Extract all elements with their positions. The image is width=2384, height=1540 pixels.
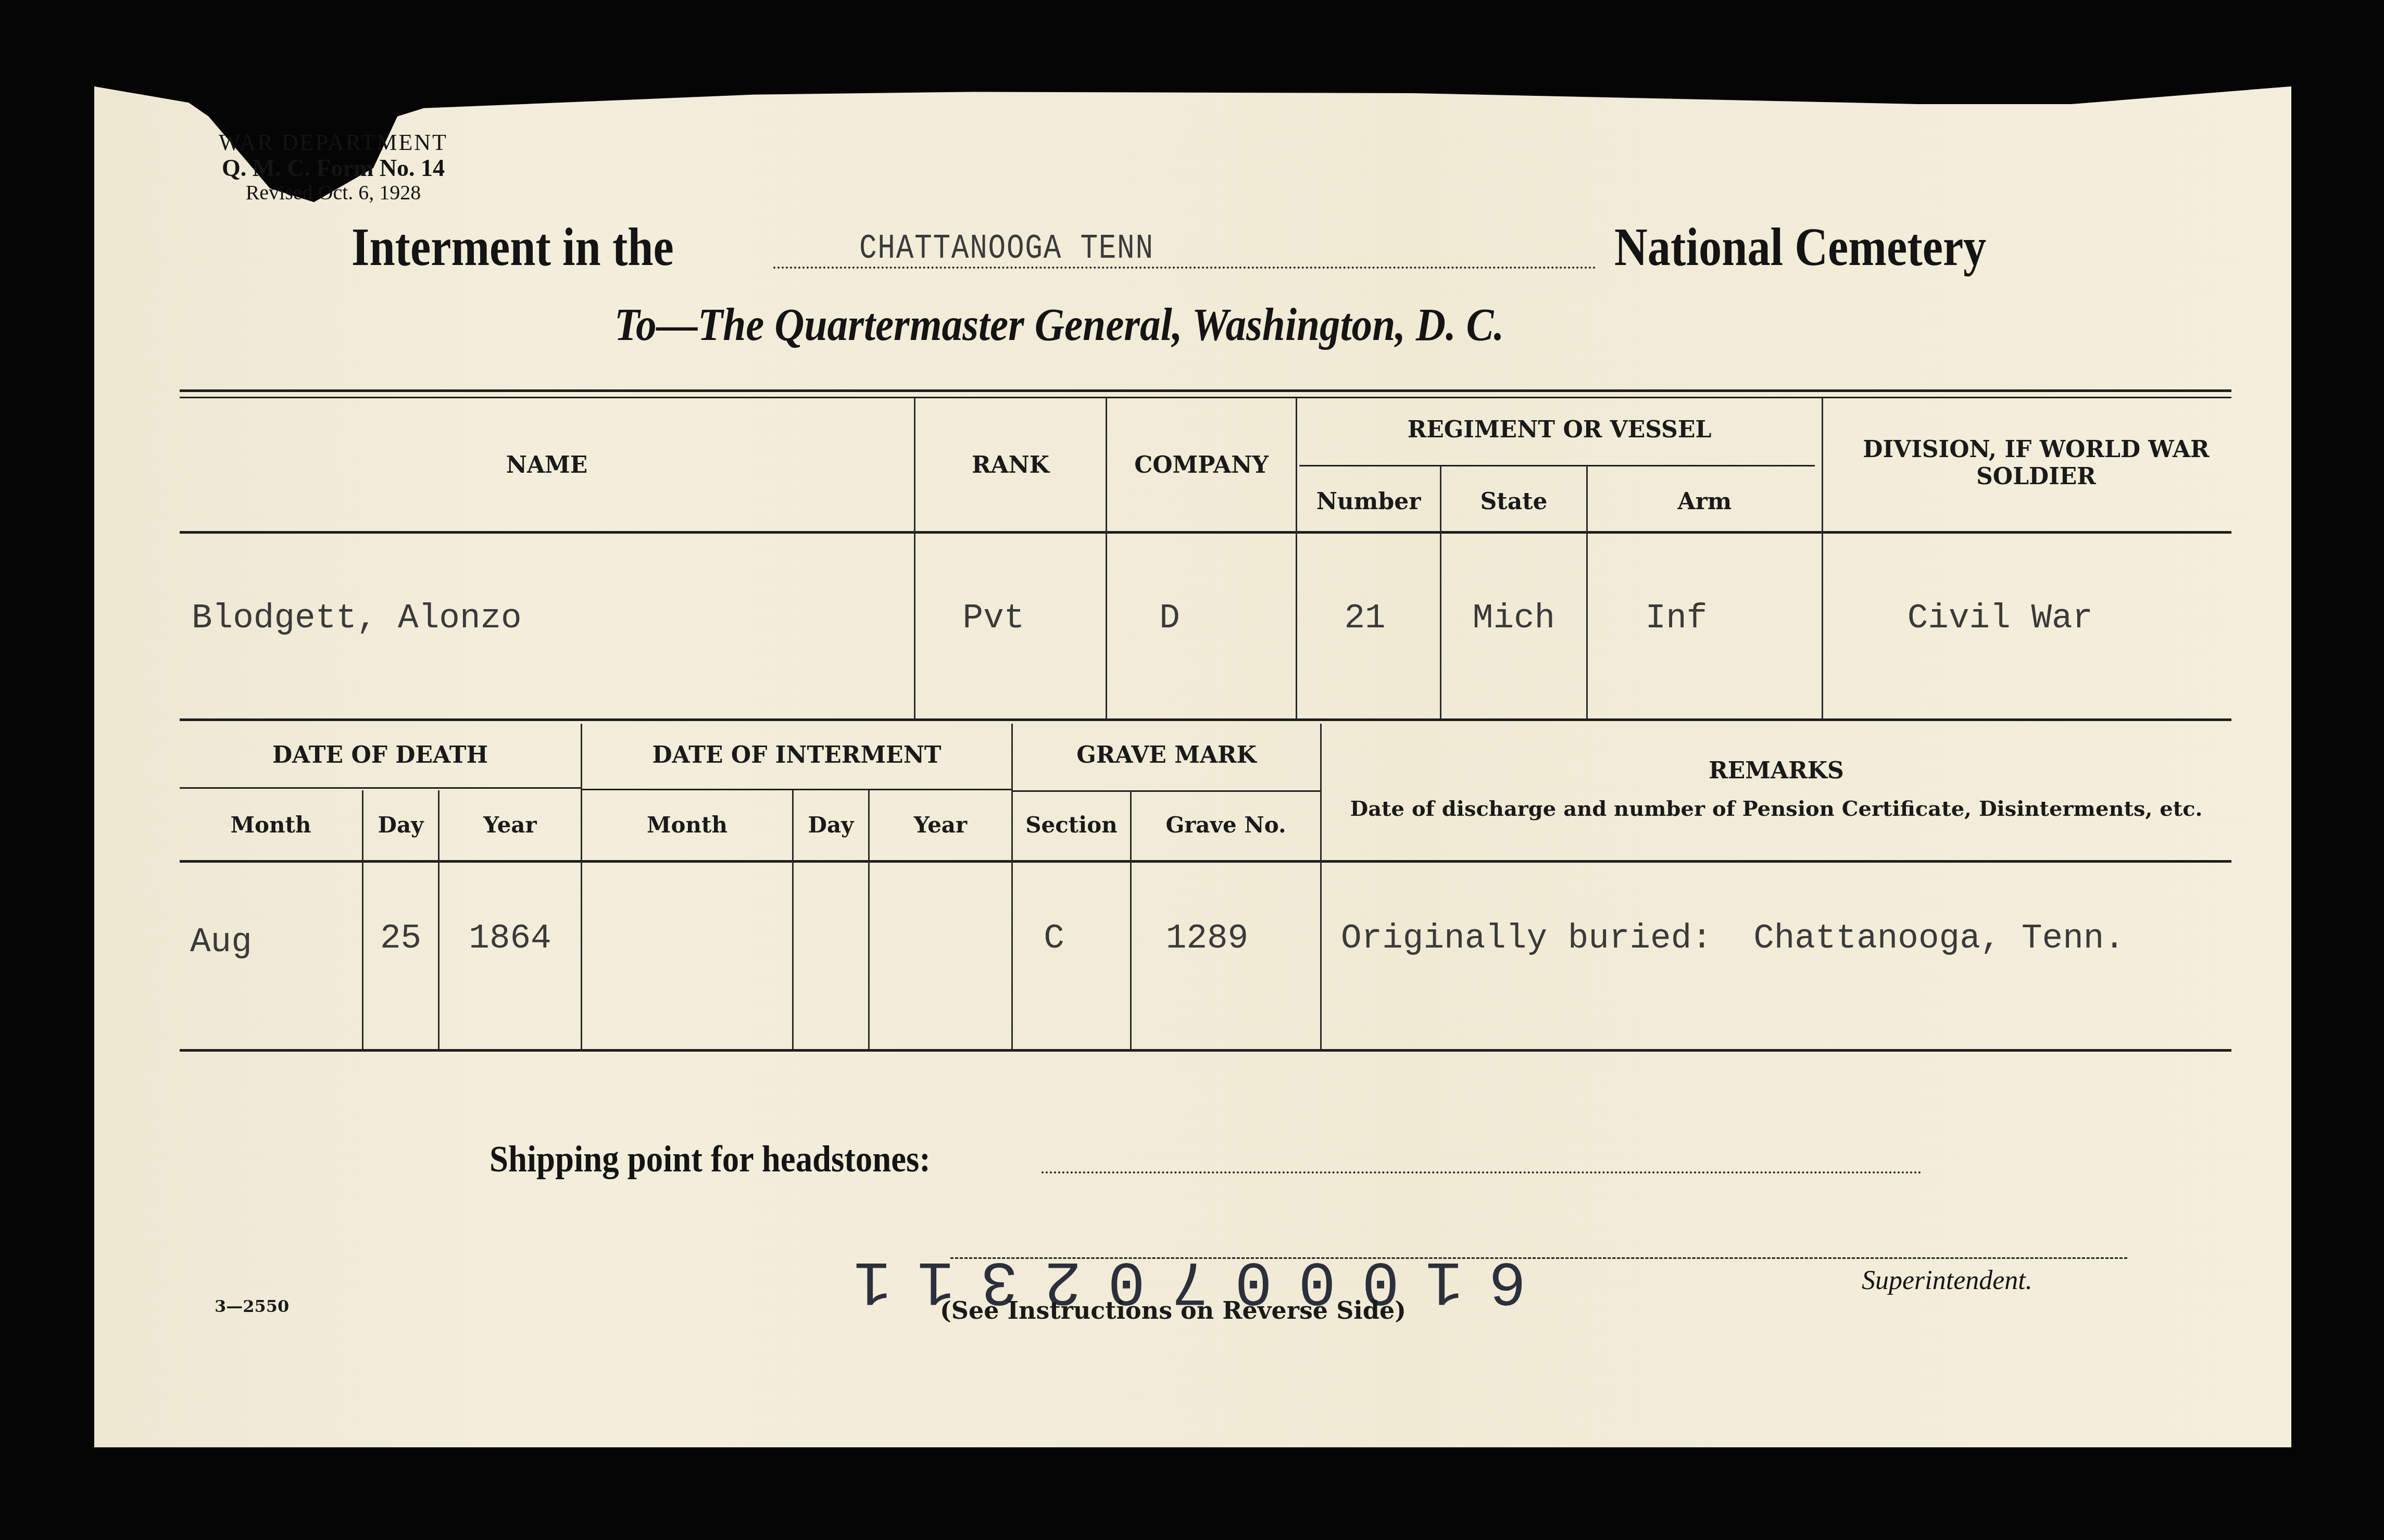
regiment-arm-field[interactable]: Inf xyxy=(1588,599,1765,638)
regiment-number-field[interactable]: 21 xyxy=(1297,599,1433,638)
death-year-field[interactable]: 1864 xyxy=(440,919,581,958)
table1-bottom-rule xyxy=(180,718,2231,721)
regiment-subheader-rule xyxy=(1299,465,1815,466)
death-subheader-rule xyxy=(180,787,581,789)
header-remarks-subtitle: Date of discharge and number of Pension … xyxy=(1322,797,2231,821)
form-number: Q. M. C. Form No. 14 xyxy=(167,155,500,181)
col-divider xyxy=(1296,398,1297,718)
header-regiment-or-vessel: REGIMENT OR VESSEL xyxy=(1297,416,1822,443)
header-interment-month: Month xyxy=(582,812,792,838)
death-month-field[interactable]: Aug xyxy=(190,923,252,962)
remarks-field[interactable]: Originally buried: Chattanooga, Tenn. xyxy=(1341,919,2125,958)
header-death-year: Year xyxy=(440,812,581,838)
header-rank: RANK xyxy=(915,452,1106,478)
header-number: Number xyxy=(1297,488,1440,515)
death-day-field[interactable]: 25 xyxy=(363,919,438,958)
table2-header-rule xyxy=(180,860,2231,863)
shipping-point-label: Shipping point for headstones: xyxy=(490,1138,931,1181)
title-suffix: National Cemetery xyxy=(1614,216,1986,279)
header-remarks: REMARKS xyxy=(1322,758,2231,784)
table1-header-rule xyxy=(180,531,2231,534)
section-field[interactable]: C xyxy=(1013,919,1095,958)
col-divider xyxy=(1106,398,1107,718)
revised-date: Revised Oct. 6, 1928 xyxy=(167,181,500,204)
header-death-month: Month xyxy=(180,812,362,838)
superintendent-label: Superintendent. xyxy=(1862,1265,2032,1296)
title-prefix: Interment in the xyxy=(352,216,674,279)
header-name: NAME xyxy=(180,452,914,478)
table1-top-rule xyxy=(180,389,2231,392)
instructions-note: (See Instructions on Reverse Side) xyxy=(940,1296,1406,1324)
header-grave-no: Grave No. xyxy=(1132,812,1320,838)
regiment-state-field[interactable]: Mich xyxy=(1441,599,1586,638)
header-interment-day: Day xyxy=(794,812,868,838)
department-label: WAR DEPARTMENT xyxy=(167,130,500,155)
header-interment-year: Year xyxy=(870,812,1011,838)
header-arm: Arm xyxy=(1588,488,1822,515)
col-divider xyxy=(914,398,915,718)
shipping-point-underline xyxy=(1042,1171,1922,1173)
rank-field[interactable]: Pvt xyxy=(915,599,1072,638)
table2-bottom-rule xyxy=(180,1049,2231,1052)
col-divider xyxy=(581,724,582,1049)
form-header: WAR DEPARTMENT Q. M. C. Form No. 14 Revi… xyxy=(167,130,500,204)
division-field[interactable]: Civil War xyxy=(1823,599,2177,638)
header-grave-mark: GRAVE MARK xyxy=(1013,742,1320,768)
soldier-name-field[interactable]: Blodgett, Alonzo xyxy=(192,599,522,638)
header-date-of-death: DATE OF DEATH xyxy=(180,742,581,768)
col-divider xyxy=(1822,398,1823,718)
addressee-line: To—The Quartermaster General, Washington… xyxy=(614,299,1504,351)
table1-top-rule-2 xyxy=(180,397,2231,398)
col-divider xyxy=(1011,724,1013,1049)
header-death-day: Day xyxy=(363,812,438,838)
print-code: 3—2550 xyxy=(215,1296,289,1316)
header-state: State xyxy=(1441,488,1586,515)
header-division: DIVISION, IF WORLD WAR SOLDIER xyxy=(1843,436,2229,490)
grave-subheader-rule xyxy=(1013,790,1320,792)
interment-subheader-rule xyxy=(582,789,1011,790)
header-company: COMPANY xyxy=(1107,452,1296,478)
cemetery-name-field[interactable]: CHATTANOOGA TENN xyxy=(859,229,1154,268)
company-field[interactable]: D xyxy=(1107,599,1232,638)
header-section: Section xyxy=(1013,812,1130,838)
header-date-of-interment: DATE OF INTERMENT xyxy=(582,742,1011,768)
grave-number-field[interactable]: 1289 xyxy=(1132,919,1283,958)
